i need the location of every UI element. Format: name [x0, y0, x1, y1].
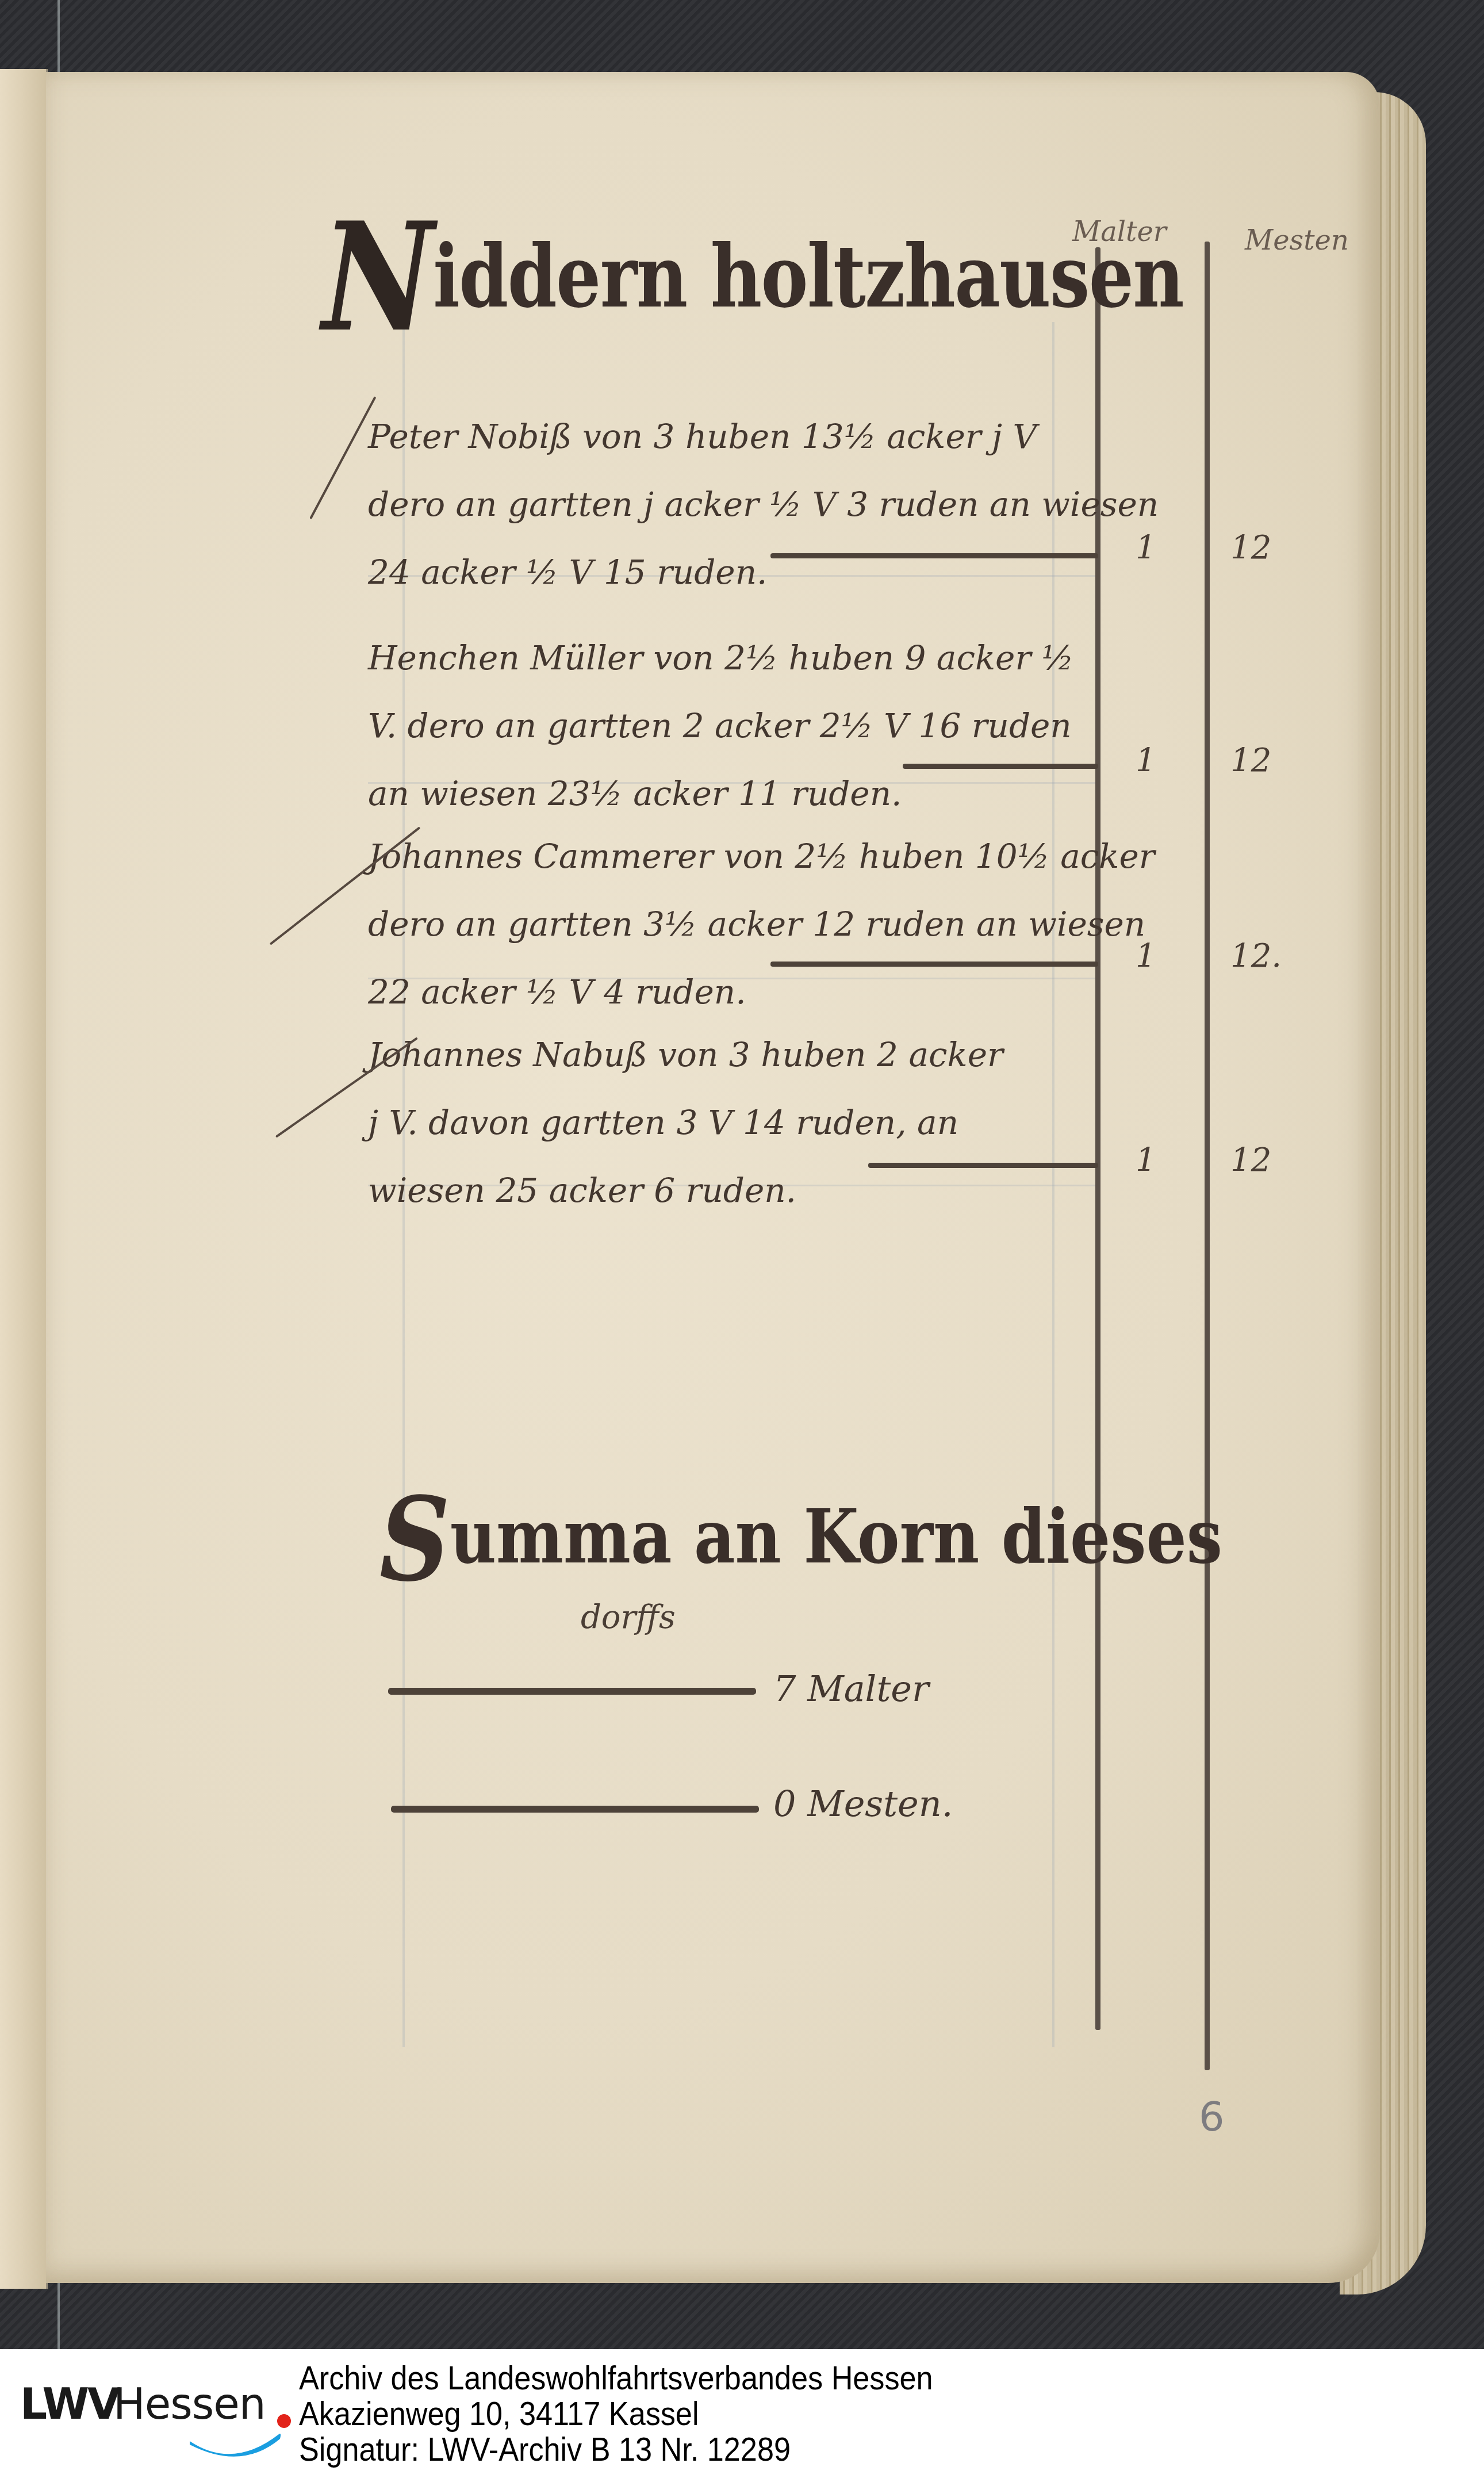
- entry-line: Henchen Müller von 2½ huben 9 acker ½: [368, 624, 1098, 692]
- entry-line: Johannes Nabuß von 3 huben 2 acker: [368, 1021, 1098, 1089]
- entry-line: dero an gartten 3½ acker 12 ruden an wie…: [368, 890, 1098, 958]
- ledger-entry: Johannes Nabuß von 3 huben 2 acker j V. …: [368, 1021, 1098, 1224]
- page-number: 6: [1199, 2093, 1225, 2140]
- entry-line: Johannes Cammerer von 2½ huben 10½ acker: [368, 822, 1098, 890]
- logo-dot-icon: [277, 2414, 291, 2428]
- archive-address-block: Archiv des Landeswohlfahrtsverbandes Hes…: [299, 2361, 1003, 2468]
- entry-malter-value: 1: [1136, 742, 1156, 779]
- ledger-entry: Johannes Cammerer von 2½ huben 10½ acker…: [368, 822, 1098, 1026]
- entry-fill-rule: [770, 553, 1098, 558]
- left-binding-strip: [0, 69, 48, 2289]
- entry-line: dero an gartten j acker ½ V 3 ruden an w…: [368, 470, 1098, 538]
- total-rule: [388, 1688, 756, 1695]
- page-heading: Niddern holtzhausen: [322, 190, 1183, 365]
- entry-malter-value: 1: [1136, 1142, 1156, 1179]
- logo-text-bold: LWV: [20, 2380, 118, 2429]
- entry-line: j V. davon gartten 3 V 14 ruden, an: [368, 1089, 1098, 1156]
- logo-smile-icon: [187, 2430, 285, 2464]
- entry-mesten-value: 12: [1230, 529, 1271, 566]
- entry-line: 24 acker ½ V 15 ruden.: [368, 538, 1098, 606]
- column-header-malter: Malter: [1072, 216, 1167, 248]
- entry-mesten-value: 12: [1230, 742, 1271, 779]
- heading-text: iddern holtzhausen: [433, 226, 1183, 327]
- summa-initial: S: [379, 1472, 450, 1607]
- entry-line: an wiesen 23½ acker 11 ruden.: [368, 760, 1098, 828]
- lwv-hessen-logo: LWV Hessen: [20, 2375, 296, 2467]
- archive-signature: Signatur: LWV-Archiv B 13 Nr. 12289: [299, 2432, 933, 2468]
- entry-fill-rule: [770, 962, 1098, 967]
- entry-fill-rule: [868, 1163, 1098, 1168]
- entry-fill-rule: [903, 764, 1098, 769]
- total-malter-value: 7: [773, 1668, 796, 1710]
- entry-line: 22 acker ½ V 4 ruden.: [368, 958, 1098, 1026]
- archive-name: Archiv des Landeswohlfahrtsverbandes Hes…: [299, 2361, 933, 2396]
- total-malter: 7 Malter: [773, 1668, 929, 1710]
- total-malter-unit: Malter: [807, 1668, 929, 1710]
- heading-initial: N: [322, 190, 433, 365]
- entry-mesten-value: 12.: [1230, 937, 1282, 975]
- archive-address: Akazienweg 10, 34117 Kassel: [299, 2396, 933, 2432]
- ledger-entry: Henchen Müller von 2½ huben 9 acker ½ V.…: [368, 624, 1098, 828]
- summa-heading: Summa an Korn dieses: [379, 1472, 1222, 1607]
- total-mesten-unit: Mesten.: [807, 1783, 953, 1825]
- logo-text-light: Hessen: [113, 2380, 266, 2429]
- summa-subheading: dorffs: [581, 1599, 676, 1636]
- archive-footer: LWV Hessen Archiv des Landeswohlfahrtsve…: [0, 2349, 1484, 2486]
- entry-line: Peter Nobiß von 3 huben 13½ acker j V: [368, 403, 1098, 470]
- total-mesten-value: 0: [773, 1783, 796, 1825]
- total-rule: [391, 1806, 759, 1813]
- entry-mesten-value: 12: [1230, 1142, 1271, 1179]
- column-header-mesten: Mesten: [1245, 224, 1349, 256]
- summa-heading-text: umma an Korn dieses: [450, 1492, 1222, 1580]
- entry-malter-value: 1: [1136, 529, 1156, 566]
- entry-line: V. dero an gartten 2 acker 2½ V 16 ruden: [368, 692, 1098, 760]
- total-mesten: 0 Mesten.: [773, 1783, 953, 1825]
- ledger-entry: Peter Nobiß von 3 huben 13½ acker j V de…: [368, 403, 1098, 606]
- entry-malter-value: 1: [1136, 937, 1156, 975]
- mesten-column-line: [1205, 242, 1210, 2070]
